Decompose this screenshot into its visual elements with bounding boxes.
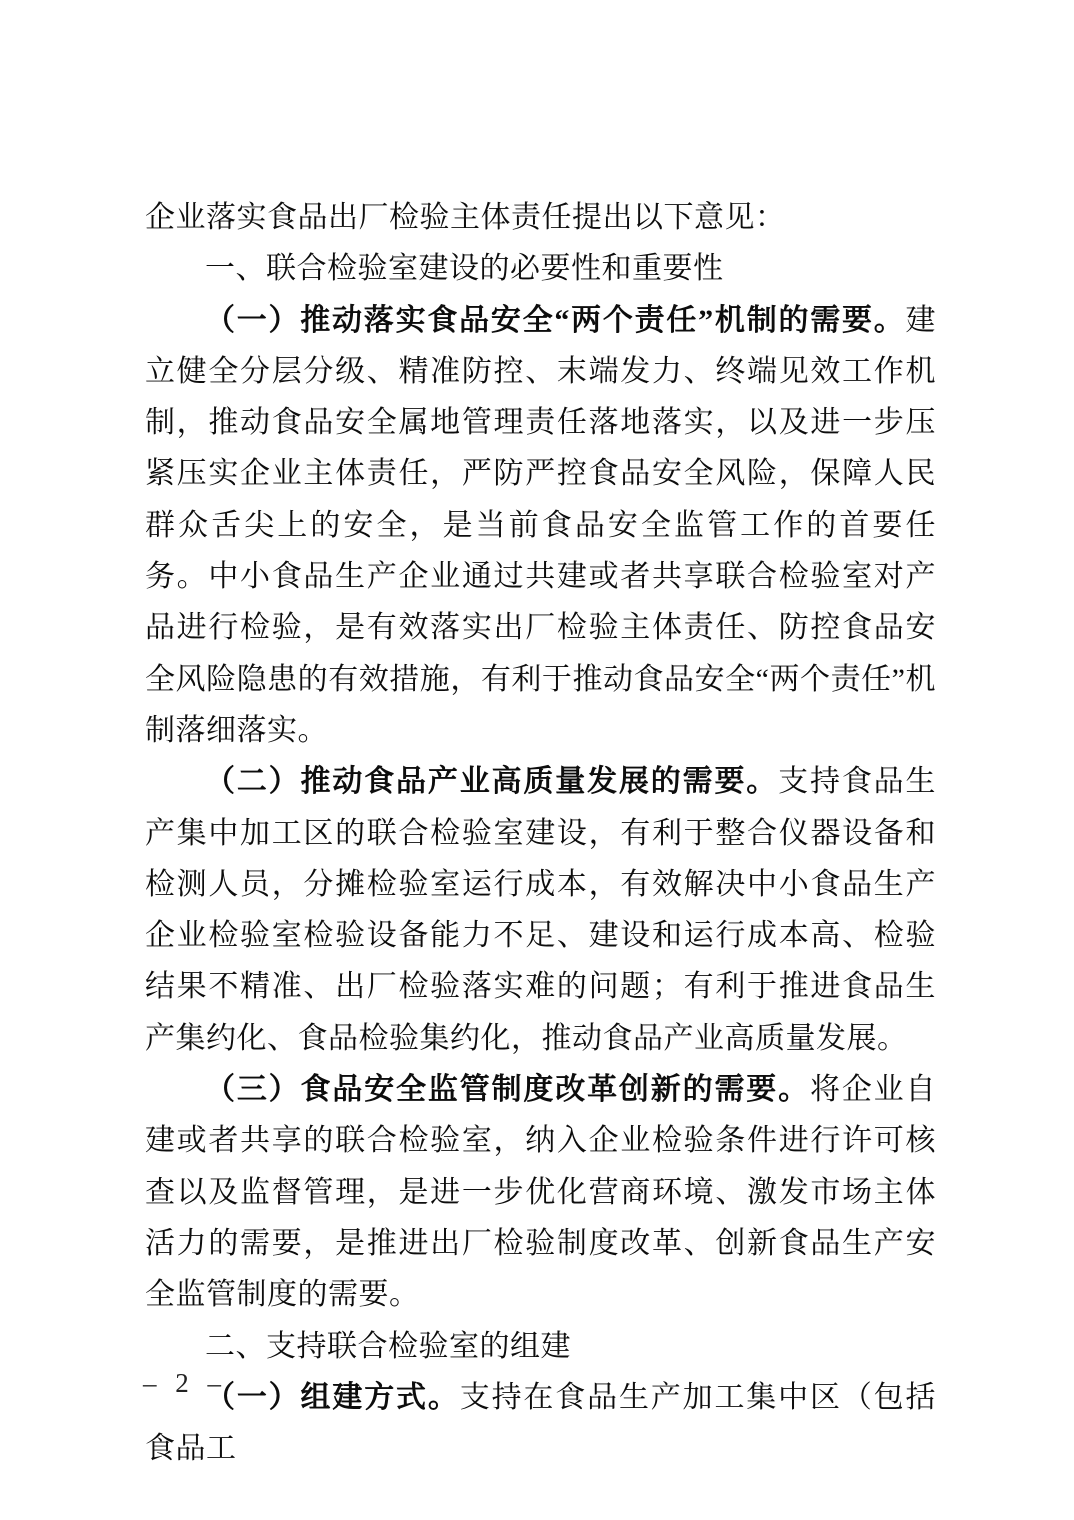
intro-paragraph: 企业落实食品出厂检验主体责任提出以下意见：: [145, 192, 936, 243]
paragraph-2-lead: （二）推动食品产业高质量发展的需要。: [205, 765, 778, 798]
paragraph-1-body: 建立健全分层分级、精准防控、末端发力、终端见效工作机制，推动食品安全属地管理责任…: [145, 304, 936, 747]
section-1-paragraph-3: （三）食品安全监管制度改革创新的需要。将企业自建或者共享的联合检验室，纳入企业检…: [145, 1064, 936, 1320]
paragraph-2-body: 支持食品生产集中加工区的联合检验室建设，有利于整合仪器设备和检测人员，分摊检验室…: [145, 765, 936, 1054]
section-2-paragraph-1-lead: （一）组建方式。: [205, 1381, 460, 1414]
section-1-paragraph-1: （一）推动落实食品安全“两个责任”机制的需要。建立健全分层分级、精准防控、末端发…: [145, 295, 936, 757]
section-1-paragraph-2: （二）推动食品产业高质量发展的需要。支持食品生产集中加工区的联合检验室建设，有利…: [145, 756, 936, 1064]
section-2-paragraph-1: （一）组建方式。支持在食品生产加工集中区（包括食品工: [145, 1372, 936, 1475]
section-2-heading: 二、支持联合检验室的组建: [145, 1321, 936, 1372]
paragraph-1-lead: （一）推动落实食品安全“两个责任”机制的需要。: [205, 304, 906, 337]
document-content: 企业落实食品出厂检验主体责任提出以下意见： 一、联合检验室建设的必要性和重要性 …: [0, 0, 1074, 1474]
paragraph-3-body: 将企业自建或者共享的联合检验室，纳入企业检验条件进行许可核查以及监督管理，是进一…: [145, 1073, 936, 1311]
page-number: – 2 –: [143, 1368, 227, 1399]
section-1-heading: 一、联合检验室建设的必要性和重要性: [145, 243, 936, 294]
paragraph-3-lead: （三）食品安全监管制度改革创新的需要。: [205, 1073, 810, 1106]
document-page: 企业落实食品出厂检验主体责任提出以下意见： 一、联合检验室建设的必要性和重要性 …: [0, 0, 1074, 1520]
